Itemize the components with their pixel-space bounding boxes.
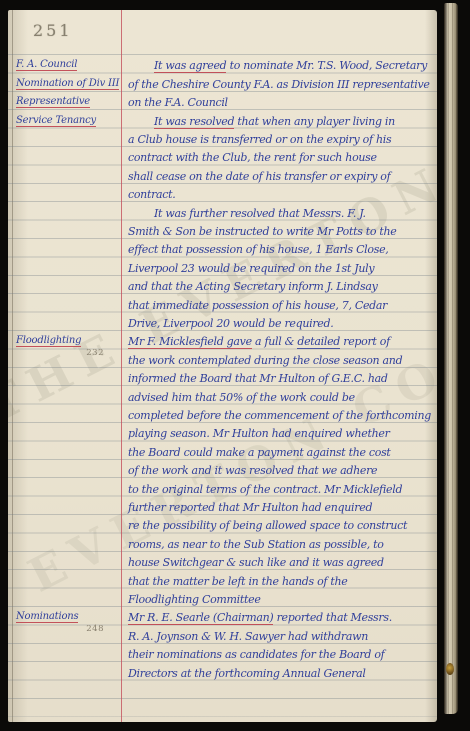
margin-note: Nominations248 (16, 610, 120, 636)
text-segment: Mr R. E. Searle (Chairman) (128, 611, 273, 625)
text-segment: re the possibility of being allowed spac… (128, 519, 407, 532)
handwritten-line: of the Cheshire County F.A. as Division … (128, 77, 430, 92)
text-segment: that when any player living in (234, 115, 395, 128)
book-photo: THE EVERTON CO THE EVERTON CO 251 F. A. … (0, 0, 470, 731)
handwritten-line: It was further resolved that Messrs. F. … (128, 206, 366, 221)
text-segment: contract with the Club, the rent for suc… (128, 151, 377, 164)
text-segment: of the work and it was resolved that we … (128, 464, 377, 477)
text-segment: a Club house is transferred or on the ex… (128, 133, 391, 146)
text-segment: shall cease on the date of his transfer … (128, 170, 390, 183)
text-segment: It was agreed (154, 59, 226, 73)
red-margin-line (121, 10, 122, 722)
handwritten-line: R. A. Joynson & W. H. Sawyer had withdra… (128, 629, 368, 644)
text-segment: that immediate possession of his house, … (128, 299, 387, 312)
text-segment: It was resolved (154, 115, 234, 129)
handwritten-line: Smith & Son be instructed to write Mr Po… (128, 224, 397, 239)
text-segment: the work contemplated during the close s… (128, 354, 402, 367)
text-segment: a full & (252, 335, 298, 348)
handwritten-line: shall cease on the date of his transfer … (128, 169, 390, 184)
pencil-number: 232 (16, 347, 120, 360)
margin-note-label: Nominations (16, 611, 78, 623)
handwritten-line: a Club house is transferred or on the ex… (128, 132, 391, 147)
handwritten-line: Mr R. E. Searle (Chairman) reported that… (128, 610, 392, 625)
text-segment: Directors at the forthcoming Annual Gene… (128, 667, 366, 680)
text-segment: reported that Messrs. (273, 611, 392, 624)
handwritten-line: effect that possession of his house, 1 E… (128, 242, 388, 257)
pencil-number: 248 (16, 623, 120, 636)
text-segment: completed before the commencement of the… (128, 409, 431, 422)
handwritten-line: Drive, Liverpool 20 would be required. (128, 316, 333, 331)
text-segment: Smith & Son be instructed to write Mr Po… (128, 225, 397, 238)
text-segment: on the F.A. Council (128, 96, 228, 109)
text-segment: their nominations as candidates for the … (128, 648, 384, 661)
margin-note-label: Floodlighting (16, 335, 81, 347)
margin-note: Service Tenancy (16, 114, 120, 127)
text-segment: the Board could make a payment against t… (128, 446, 391, 459)
handwritten-line: the Board could make a payment against t… (128, 445, 391, 460)
text-segment: It was further resolved that Messrs. F. … (154, 207, 366, 220)
text-segment: effect that possession of his house, 1 E… (128, 243, 388, 256)
handwritten-line: re the possibility of being allowed spac… (128, 518, 407, 533)
handwritten-line: completed before the commencement of the… (128, 408, 431, 423)
text-segment: informed the Board that Mr Hulton of G.E… (128, 372, 388, 385)
handwritten-line: and that the Acting Secretary inform J. … (128, 279, 378, 294)
margin-note: Representative (16, 95, 120, 108)
handwritten-line: It was agreed to nominate Mr. T.S. Wood,… (128, 58, 427, 73)
margin-note-label: Representative (16, 96, 90, 108)
text-segment: Floodlighting Committee (128, 593, 261, 606)
handwritten-line: the work contemplated during the close s… (128, 353, 402, 368)
handwritten-line: rooms, as near to the Sub Station as pos… (128, 537, 384, 552)
handwritten-line: Liverpool 23 would be required on the 1s… (128, 261, 374, 276)
text-segment: further reported that Mr Hulton had enqu… (128, 501, 372, 514)
page-stack-edge (444, 3, 458, 714)
text-segment: Drive, Liverpool 20 would be required. (128, 317, 333, 330)
text-segment: house Switchgear & such like and it was … (128, 556, 384, 569)
handwritten-line: house Switchgear & such like and it was … (128, 555, 384, 570)
text-segment: to nominate Mr. T.S. Wood, Secretary (226, 59, 427, 72)
handwritten-line: Directors at the forthcoming Annual Gene… (128, 666, 366, 681)
text-segment: report of (340, 335, 390, 348)
text-segment: contract. (128, 188, 175, 201)
text-segment: to the original terms of the contract. M… (128, 483, 402, 496)
handwritten-line: informed the Board that Mr Hulton of G.E… (128, 371, 388, 386)
handwritten-line: contract. (128, 187, 175, 202)
text-segment: and that the Acting Secretary inform J. … (128, 280, 378, 293)
margin-note-label: F. A. Council (16, 59, 77, 71)
text-segment: R. A. Joynson & W. H. Sawyer had withdra… (128, 630, 368, 643)
text-segment: Liverpool 23 would be required on the 1s… (128, 262, 374, 275)
margin-note-label: Nomination of Div III (16, 78, 119, 90)
handwritten-line: on the F.A. Council (128, 95, 228, 110)
handwritten-line: Floodlighting Committee (128, 592, 261, 607)
text-segment: advised him that 50% of the work could b… (128, 391, 355, 404)
text-segment: Mr F. Micklesfield gave (128, 335, 252, 349)
handwritten-line: of the work and it was resolved that we … (128, 463, 377, 478)
text-segment: detailed (297, 335, 340, 349)
handwritten-line: to the original terms of the contract. M… (128, 482, 402, 497)
text-segment: rooms, as near to the Sub Station as pos… (128, 538, 384, 551)
text-segment: playing season. Mr Hulton had enquired w… (128, 427, 390, 440)
handwritten-line: Mr F. Micklesfield gave a full & detaile… (128, 334, 390, 349)
margin-note: Floodlighting232 (16, 334, 120, 360)
text-segment: of the Cheshire County F.A. as Division … (128, 78, 430, 91)
minute-book-page: THE EVERTON CO THE EVERTON CO 251 F. A. … (8, 10, 437, 722)
text-segment: that the matter be left in the hands of … (128, 575, 347, 588)
handwritten-line: further reported that Mr Hulton had enqu… (128, 500, 372, 515)
handwritten-line: that immediate possession of his house, … (128, 298, 387, 313)
bookmark-mark (446, 663, 454, 675)
handwritten-line: advised him that 50% of the work could b… (128, 390, 355, 405)
handwritten-line: their nominations as candidates for the … (128, 647, 384, 662)
margin-note-label: Service Tenancy (16, 115, 96, 127)
handwritten-line: playing season. Mr Hulton had enquired w… (128, 426, 390, 441)
handwritten-line: that the matter be left in the hands of … (128, 574, 347, 589)
margin-note: F. A. Council (16, 58, 120, 71)
handwritten-line: contract with the Club, the rent for suc… (128, 150, 377, 165)
handwritten-line: It was resolved that when any player liv… (128, 114, 395, 129)
page-number: 251 (33, 21, 73, 40)
margin-note: Nomination of Div III (16, 77, 120, 90)
